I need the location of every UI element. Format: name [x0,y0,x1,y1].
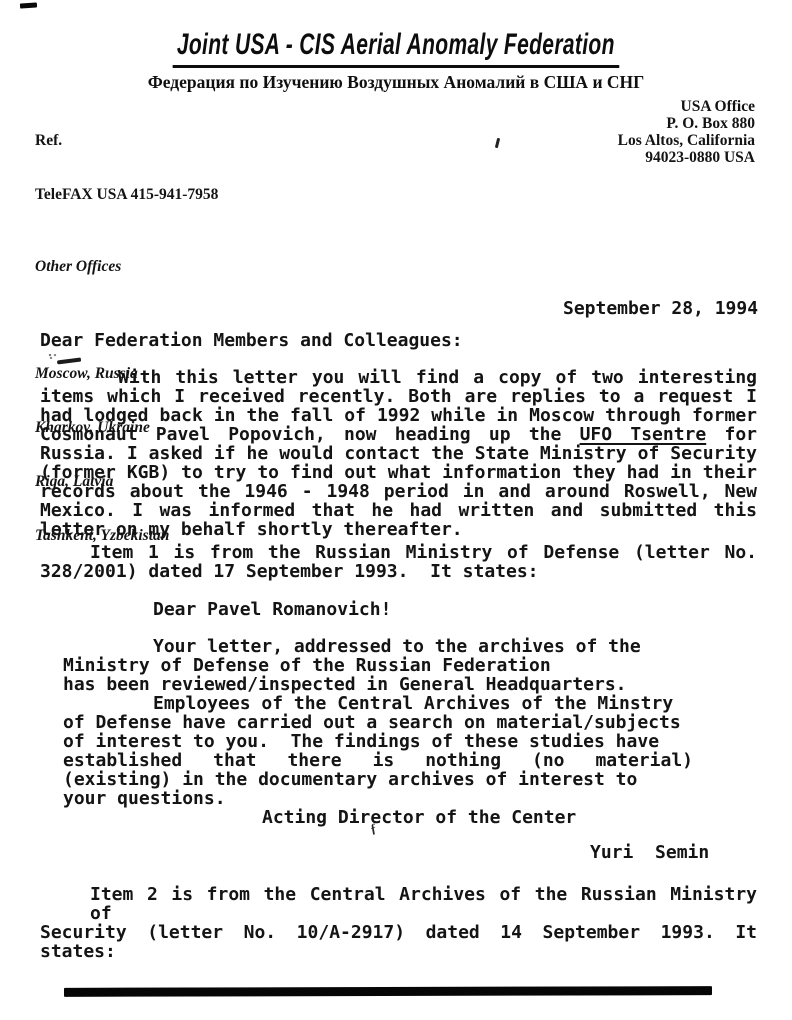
quote-line: Employees of the Central Archives of the… [63,694,693,713]
other-offices-label: Other Offices [35,258,218,276]
quoted-letter-item1: Dear Pavel Romanovich! Your letter, addr… [63,600,693,808]
quote-line: of interest to you. The findings of thes… [63,732,693,751]
org-subtitle-russian: Федерация по Изучению Воздушных Аномалий… [0,72,792,93]
letter-line: states: [40,942,757,961]
signature-name: Yuri Semin [40,843,757,862]
address-line: 94023-0880 USA [618,149,755,166]
letter-line: (former KGB) to try to find out what inf… [40,463,757,482]
quote-line: established that there is nothing (no ma… [63,751,693,770]
usa-office-address: USA Office P. O. Box 880 Los Altos, Cali… [618,98,755,166]
salutation: Dear Federation Members and Colleagues: [40,331,757,350]
letter-date: September 28, 1994 [563,298,758,319]
letterhead: Joint USA - CIS Aerial Anomaly Federatio… [0,28,792,93]
signature-title: Acting Director of the Center [40,808,757,827]
letter-line: records about the 1946 - 1948 period in … [40,482,757,501]
quote-line: (existing) in the documentary archives o… [63,770,693,789]
letter-body: Dear Federation Members and Colleagues: … [40,331,757,961]
quote-line: Your letter, addressed to the archives o… [63,637,693,656]
letter-line: letter on my behalf shortly thereafter. [40,520,757,539]
letter-line: 328/2001) dated 17 September 1993. It st… [40,562,757,581]
letter-line: had lodged back in the fall of 1992 whil… [40,406,757,425]
quote-line: of Defense have carried out a search on … [63,713,693,732]
paragraph-intro: With this letter you will find a copy of… [40,368,757,539]
letter-line: Mexico. I was informed that he had writt… [40,501,757,520]
paragraph-item1: Item 1 is from the Russian Ministry of D… [40,543,757,581]
letter-line: Russia. I asked if he would contact the … [40,444,757,463]
underlined-ufo-tsentre: UFO Tsentre [580,424,707,445]
quote-line: your questions. [63,789,693,808]
quote-body: Your letter, addressed to the archives o… [63,637,693,808]
org-title: Joint USA - CIS Aerial Anomaly Federatio… [173,28,619,68]
letter-line: With this letter you will find a copy of… [40,368,757,387]
ref-label: Ref. [35,132,218,150]
letter-line: Security (letter No. 10/A-2917) dated 14… [40,923,757,942]
letter-line: Cosmonaut Pavel Popovich, now heading up… [40,425,757,444]
line-text: for [724,424,757,445]
letter-line: items which I received recently. Both ar… [40,387,757,406]
scanned-letter-page: Joint USA - CIS Aerial Anomaly Federatio… [0,0,792,1020]
scan-artifact-top-mark [20,2,37,8]
address-line: USA Office [618,98,755,115]
scan-artifact-stray-mark [495,138,500,148]
scan-artifact-bottom-bar [64,986,712,997]
address-line: Los Altos, California [618,132,755,149]
quote-salutation: Dear Pavel Romanovich! [63,600,693,619]
telefax-number: TeleFAX USA 415-941-7958 [35,186,218,204]
quote-line: Ministry of Defense of the Russian Feder… [63,656,693,675]
letter-line: Item 1 is from the Russian Ministry of D… [40,543,757,562]
address-line: P. O. Box 880 [618,115,755,132]
paragraph-item2: Item 2 is from the Central Archives of t… [40,885,757,961]
quote-line: has been reviewed/inspected in General H… [63,675,693,694]
line-text: Cosmonaut Pavel Popovich, now heading up… [40,424,561,445]
letter-line: Item 2 is from the Central Archives of t… [40,885,757,923]
